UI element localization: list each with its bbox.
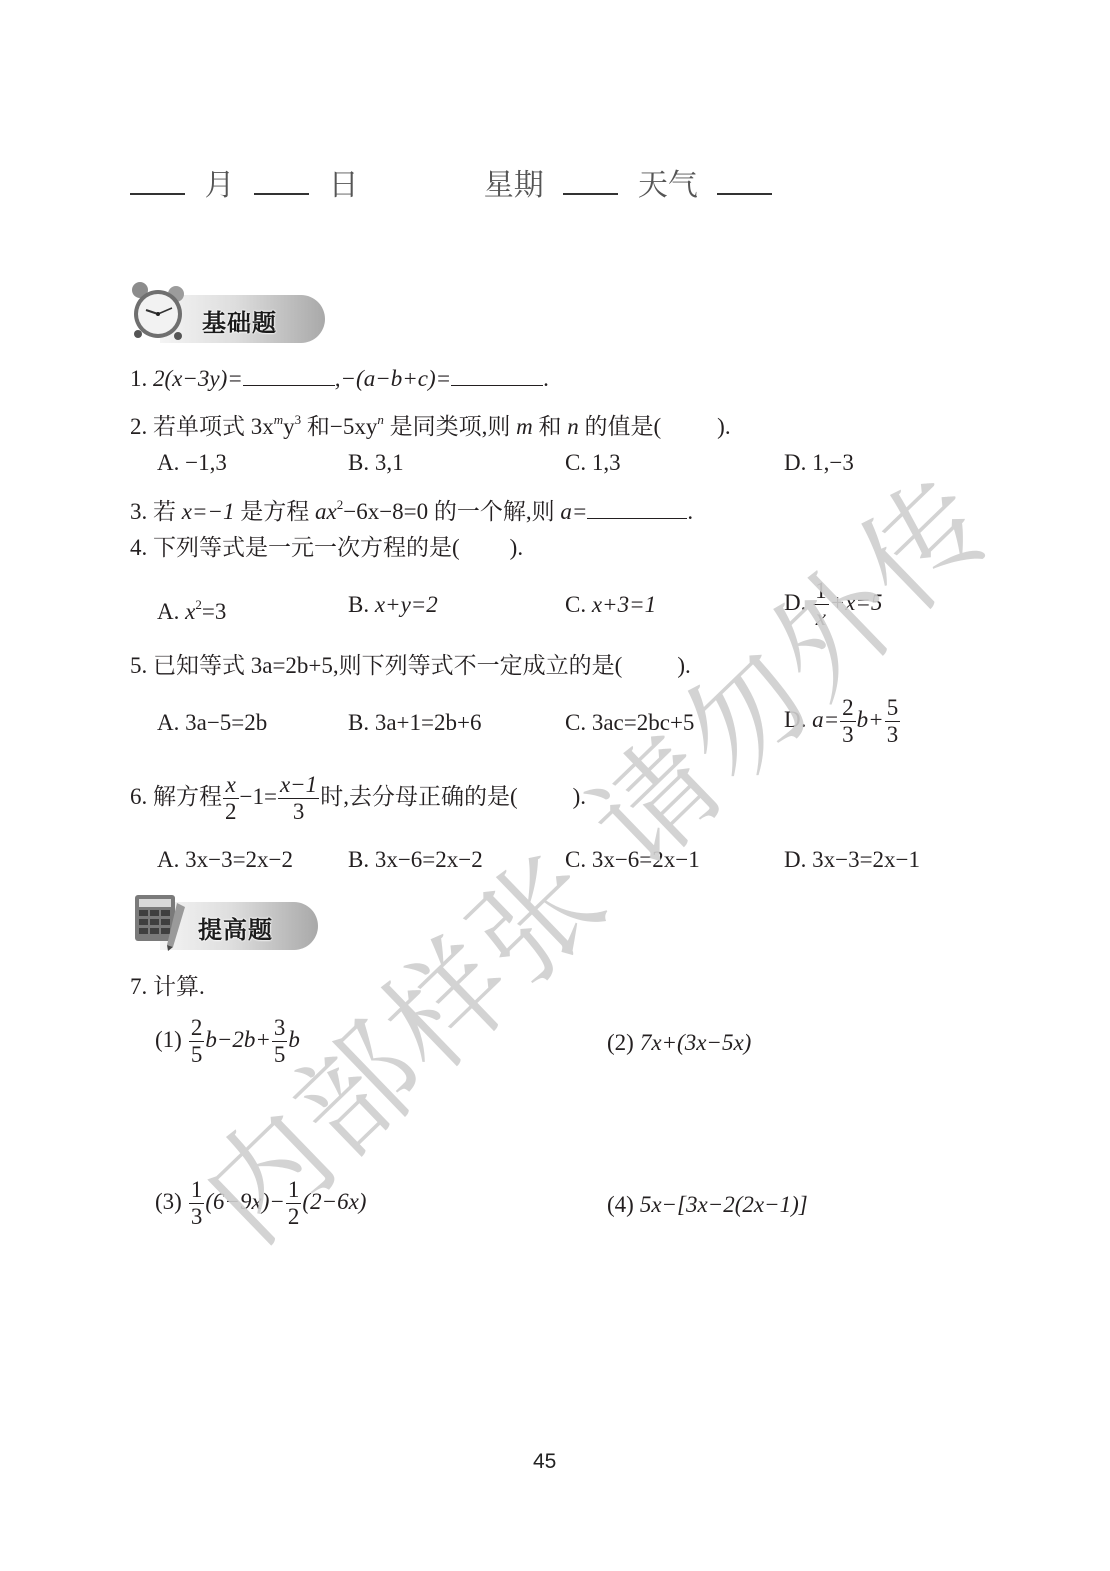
calculator-pencil-icon bbox=[133, 893, 193, 953]
fraction: x−13 bbox=[278, 772, 319, 825]
section-title-advanced: 提高题 bbox=[198, 910, 273, 945]
option-2b[interactable]: B. 3,1 bbox=[348, 448, 404, 478]
fraction: 25 bbox=[189, 1015, 205, 1068]
day-label: 日 bbox=[329, 168, 359, 203]
day-blank[interactable] bbox=[254, 193, 309, 195]
option-5a[interactable]: A. 3a−5=2b bbox=[157, 708, 267, 738]
alarm-clock-icon bbox=[128, 280, 192, 344]
option-6d[interactable]: D. 3x−3=2x−1 bbox=[784, 845, 920, 875]
weather-blank[interactable] bbox=[717, 193, 772, 195]
month-label: 月 bbox=[205, 168, 235, 203]
question-3: 3. 若 x=−1 是方程 ax2−6x−8=0 的一个解,则 a=. bbox=[130, 490, 693, 527]
option-6a[interactable]: A. 3x−3=2x−2 bbox=[157, 845, 293, 875]
option-4a[interactable]: A. x2=3 bbox=[157, 590, 226, 627]
weekday-blank[interactable] bbox=[563, 193, 618, 195]
fraction: x2 bbox=[223, 772, 239, 825]
answer-blank-3[interactable] bbox=[587, 496, 687, 519]
question-2: 2. 若单项式 3xmy3 和−5xyn 是同类项,则 m 和 n 的值是(). bbox=[130, 405, 731, 442]
question-4: 4. 下列等式是一元一次方程的是(). bbox=[130, 533, 523, 563]
subquestion-7-2: (2)7x+(3x−5x) bbox=[607, 1028, 751, 1058]
month-blank[interactable] bbox=[130, 193, 185, 195]
page-number: 45 bbox=[533, 1450, 556, 1474]
date-header: 月 日 星期 天气 bbox=[130, 160, 772, 204]
weekday-label: 星期 bbox=[484, 168, 544, 203]
section-title-basic: 基础题 bbox=[202, 303, 277, 338]
option-4c[interactable]: C. x+3=1 bbox=[565, 590, 656, 620]
option-5b[interactable]: B. 3a+1=2b+6 bbox=[348, 708, 481, 738]
question-1: 1. 2(x−3y)=,−(a−b+c)=. bbox=[130, 363, 549, 394]
question-5: 5. 已知等式 3a=2b+5,则下列等式不一定成立的是(). bbox=[130, 651, 691, 681]
option-2c[interactable]: C. 1,3 bbox=[565, 448, 621, 478]
weather-label: 天气 bbox=[638, 168, 698, 203]
answer-blank-1b[interactable] bbox=[451, 363, 543, 386]
option-2d[interactable]: D. 1,−3 bbox=[784, 448, 854, 478]
option-2a[interactable]: A. −1,3 bbox=[157, 448, 227, 478]
option-4b[interactable]: B. x+y=2 bbox=[348, 590, 438, 620]
question-7: 7. 计算. bbox=[130, 972, 205, 1002]
subquestion-7-4: (4)5x−[3x−2(2x−1)] bbox=[607, 1190, 808, 1220]
answer-blank-1a[interactable] bbox=[243, 363, 335, 386]
fraction: 53 bbox=[885, 695, 901, 748]
